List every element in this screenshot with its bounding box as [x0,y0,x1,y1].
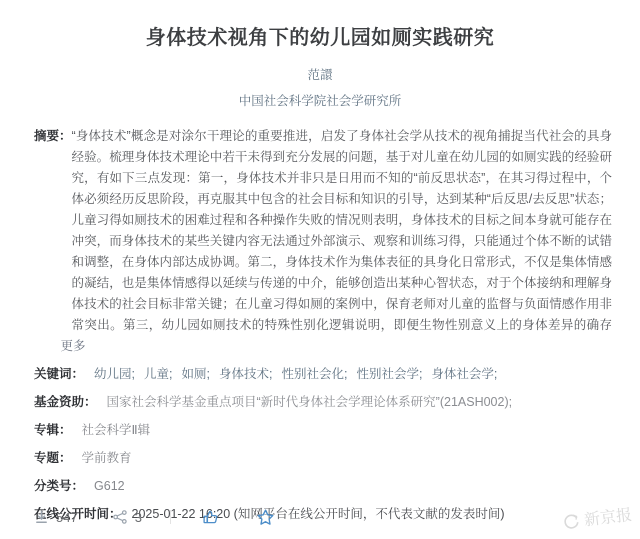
toolbar-divider [170,510,171,524]
keyword-link[interactable]: 身体技术; [219,367,272,381]
fund-section: 基金资助： 国家社会科学基金重点项目“新时代身体社会学理论体系研究”(21ASH… [34,392,612,413]
abstract-more-link[interactable]: 更多 [61,336,86,357]
abstract-label: 摘要： [34,126,72,147]
affiliation-link[interactable]: 中国社会科学院社会学研究所 [239,94,402,108]
classification-label: 分类号： [34,476,84,497]
share-count: 3 [135,510,142,525]
share-icon [112,509,128,525]
star-icon [256,508,275,527]
keyword-link[interactable]: 性别社会学; [356,367,422,381]
abstract-text: “身体技术”概念是对涂尔干理论的重要推进，启发了身体社会学从技术的视角捕捉当代社… [72,126,612,336]
topic-label: 专题： [34,448,72,469]
topic-value: 学前教育 [82,448,132,469]
classification-row: 分类号： G612 [34,476,612,497]
album-label: 专辑： [34,420,72,441]
album-row: 专辑： 社会科学Ⅱ辑 [34,420,612,441]
keyword-link[interactable]: 幼儿园; [94,367,135,381]
like-button[interactable] [201,508,220,527]
action-toolbar: 547 3 [34,504,275,530]
classification-value: G612 [94,476,125,497]
fund-label: 基金资助： [34,392,97,413]
download-button[interactable]: 547 [34,509,78,525]
cnki-paper-detail-page: 身体技术视角下的幼儿园如厕实践研究 范譞 中国社会科学院社会学研究所 摘要： “… [0,0,640,539]
keyword-link[interactable]: 性别社会化; [281,367,347,381]
keyword-link[interactable]: 如厕; [181,367,209,381]
watermark-text: 新京报 [583,502,633,531]
download-icon [34,509,49,525]
beijing-news-logo-icon [561,511,581,531]
keywords-section: 关键词： 幼儿园;儿童;如厕;身体技术;性别社会化;性别社会学;身体社会学; [34,364,612,385]
keyword-link[interactable]: 儿童; [144,367,172,381]
album-value: 社会科学Ⅱ辑 [82,420,151,441]
favorite-button[interactable] [256,508,275,527]
abstract-section: 摘要： “身体技术”概念是对涂尔干理论的重要推进，启发了身体社会学从技术的视角捕… [34,126,612,357]
keywords-label: 关键词： [34,364,84,385]
fund-project-link[interactable]: 国家社会科学基金重点项目“新时代身体社会学理论体系研究”(21ASH002); [107,395,513,409]
download-count: 547 [56,510,78,525]
paper-title: 身体技术视角下的幼儿园如厕实践研究 [0,21,640,50]
author-link[interactable]: 范譞 [307,68,332,82]
share-button[interactable]: 3 [112,509,142,525]
thumbs-up-icon [201,508,220,527]
topic-row: 专题： 学前教育 [34,448,612,469]
keyword-link[interactable]: 身体社会学; [431,367,497,381]
